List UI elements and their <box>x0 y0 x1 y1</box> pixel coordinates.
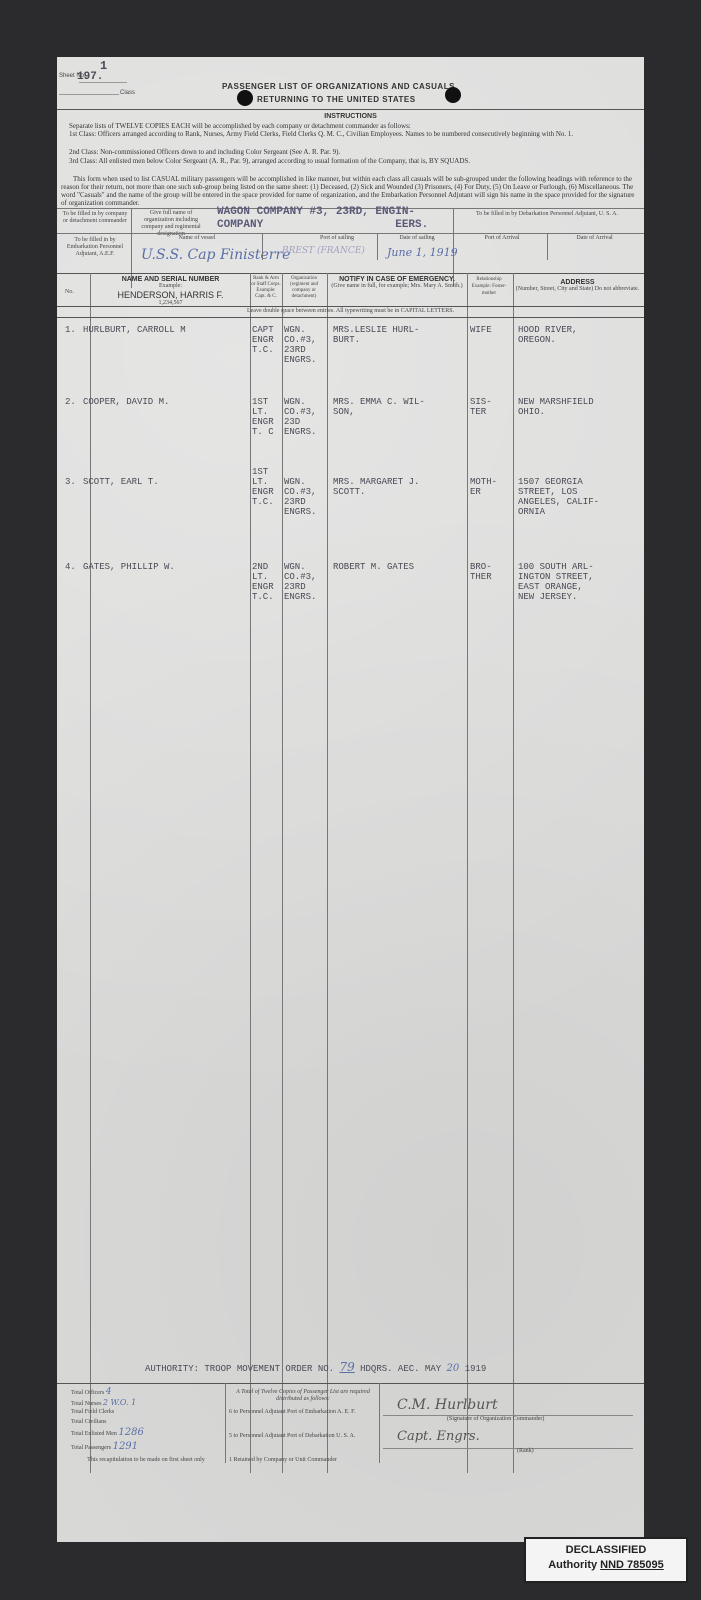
instructions-heading: INSTRUCTIONS <box>57 113 644 120</box>
filled-by-debark-label: To be filled in by Debarkation Personnel… <box>457 211 637 218</box>
col-no-header: No. <box>65 289 74 296</box>
instructions-class1: 1st Class: Officers arranged according t… <box>61 130 636 138</box>
col-rank-header: Rank & Arm or Staff Corps. Example: Capt… <box>251 276 281 300</box>
signature-label: (Signature of Organization Commander) <box>447 1416 544 1423</box>
port-sailing-label: Port of sailing <box>297 235 377 242</box>
instructions-p1: Separate lists of TWELVE COPIES EACH wil… <box>69 122 634 130</box>
rank-label: (Rank) <box>517 1448 534 1455</box>
rank-signature: Capt. Engrs. <box>397 1429 480 1444</box>
form-title-line2: RETURNING TO THE UNITED STATES <box>257 95 416 104</box>
col-address-header: ADDRESS (Number, Street, City and State)… <box>515 279 640 293</box>
vessel-value: U.S.S. Cap Finisterre <box>141 247 290 263</box>
organization-name: WAGON COMPANY #3, 23RD, ENGIN-COMPANY EE… <box>217 206 428 232</box>
port-sailing-value: BREST (FRANCE) <box>282 246 365 256</box>
vessel-label: Name of vessel <box>157 235 237 242</box>
filled-by-company-label: To be filled in by company or detachment… <box>61 211 129 225</box>
commander-signature: C.M. Hurlburt <box>397 1397 498 1413</box>
distribution-block: A Total of Twelve Copies of Passenger Li… <box>229 1389 377 1464</box>
punch-hole-right <box>445 87 461 103</box>
col-relationship-header: Relationship Example: Foster-mother <box>468 276 510 297</box>
class-label: Class <box>120 90 135 97</box>
col-notify-header: NOTIFY IN CASE OF EMERGENCY. (Give name … <box>329 276 465 290</box>
form-title-line1: PASSENGER LIST OF ORGANIZATIONS AND CASU… <box>222 82 455 91</box>
filled-by-embark-label: To be filled in by Embarkation Personnel… <box>61 237 129 258</box>
table-note: Leave double space between entries. All … <box>57 308 644 315</box>
date-sailing-value: June 1, 1919 <box>387 246 458 259</box>
instructions-p2: This form when used to list CASUAL milit… <box>61 175 636 207</box>
authority-line: AUTHORITY: TROOP MOVEMENT ORDER NO. 79 H… <box>145 1360 486 1374</box>
instructions-class3: 3rd Class: All enlisted men below Color … <box>69 157 634 165</box>
instructions-class2: 2nd Class: Non-commissioned Officers dow… <box>69 148 634 156</box>
declassified-stamp: DECLASSIFIED Authority NND 785095 <box>524 1537 688 1583</box>
passenger-list-form: 1 Sheet No. 197. Class PASSENGER LIST OF… <box>57 57 644 1542</box>
col-org-header: Organization (regiment and company or de… <box>283 276 325 300</box>
totals-block: Total Officers 4 Total Nurses 2 W.O. 1 T… <box>71 1389 221 1464</box>
punch-hole-left <box>237 90 253 106</box>
port-arrival-label: Port of Arrival <box>462 235 542 242</box>
col-name-header: NAME AND SERIAL NUMBER Example: HENDERSO… <box>93 276 248 307</box>
date-arrival-label: Date of Arrival <box>552 235 637 242</box>
date-sailing-label: Date of sailing <box>387 235 447 242</box>
